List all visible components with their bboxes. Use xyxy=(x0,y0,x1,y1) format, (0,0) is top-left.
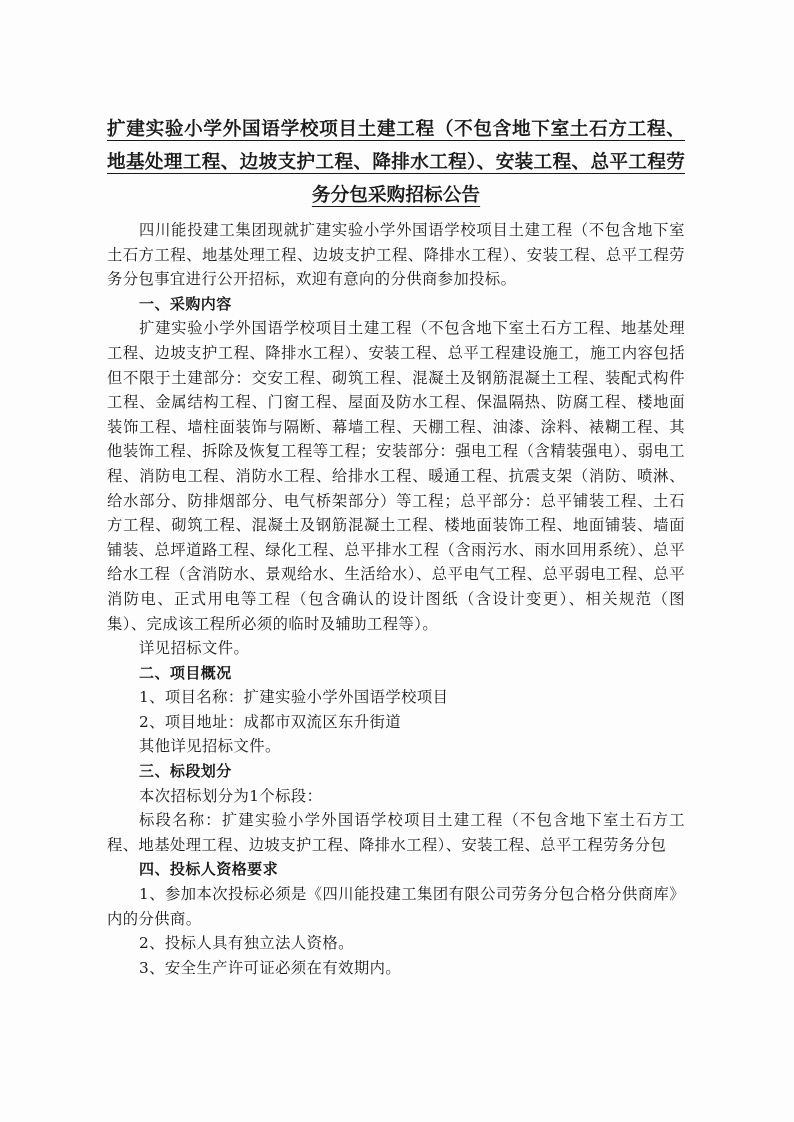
project-name: 1、项目名称：扩建实验小学外国语学校项目 xyxy=(107,685,685,710)
qualification-item-3: 3、安全生产许可证必须在有效期内。 xyxy=(107,956,685,981)
intro-paragraph: 四川能投建工集团现就扩建实验小学外国语学校项目土建工程（不包含地下室土石方工程、… xyxy=(107,218,685,292)
document-page: 扩建实验小学外国语学校项目土建工程（不包含地下室土石方工程、地基处理工程、边坡支… xyxy=(107,113,685,980)
section-heading-project-overview: 二、项目概况 xyxy=(107,661,685,686)
see-bid-documents-note: 详见招标文件。 xyxy=(107,636,685,661)
section-heading-lot-division: 三、标段划分 xyxy=(107,759,685,784)
document-title-text: 扩建实验小学外国语学校项目土建工程（不包含地下室土石方工程、地基处理工程、边坡支… xyxy=(107,119,685,206)
lot-count: 本次招标划分为1个标段： xyxy=(107,784,685,809)
section-heading-bidder-qualifications: 四、投标人资格要求 xyxy=(107,857,685,882)
project-address: 2、项目地址：成都市双流区东升街道 xyxy=(107,710,685,735)
qualification-item-1: 1、参加本次投标必须是《四川能投建工集团有限公司劳务分包合格分供商库》内的分供商… xyxy=(107,882,685,931)
qualification-item-2: 2、投标人具有独立法人资格。 xyxy=(107,931,685,956)
lot-name: 标段名称：扩建实验小学外国语学校项目土建工程（不包含地下室土石方工程、地基处理工… xyxy=(107,808,685,857)
procurement-content-paragraph: 扩建实验小学外国语学校项目土建工程（不包含地下室土石方工程、地基处理工程、边坡支… xyxy=(107,316,685,636)
section-heading-procurement-content: 一、采购内容 xyxy=(107,292,685,317)
document-title: 扩建实验小学外国语学校项目土建工程（不包含地下室土石方工程、地基处理工程、边坡支… xyxy=(107,113,685,212)
other-details-note: 其他详见招标文件。 xyxy=(107,734,685,759)
